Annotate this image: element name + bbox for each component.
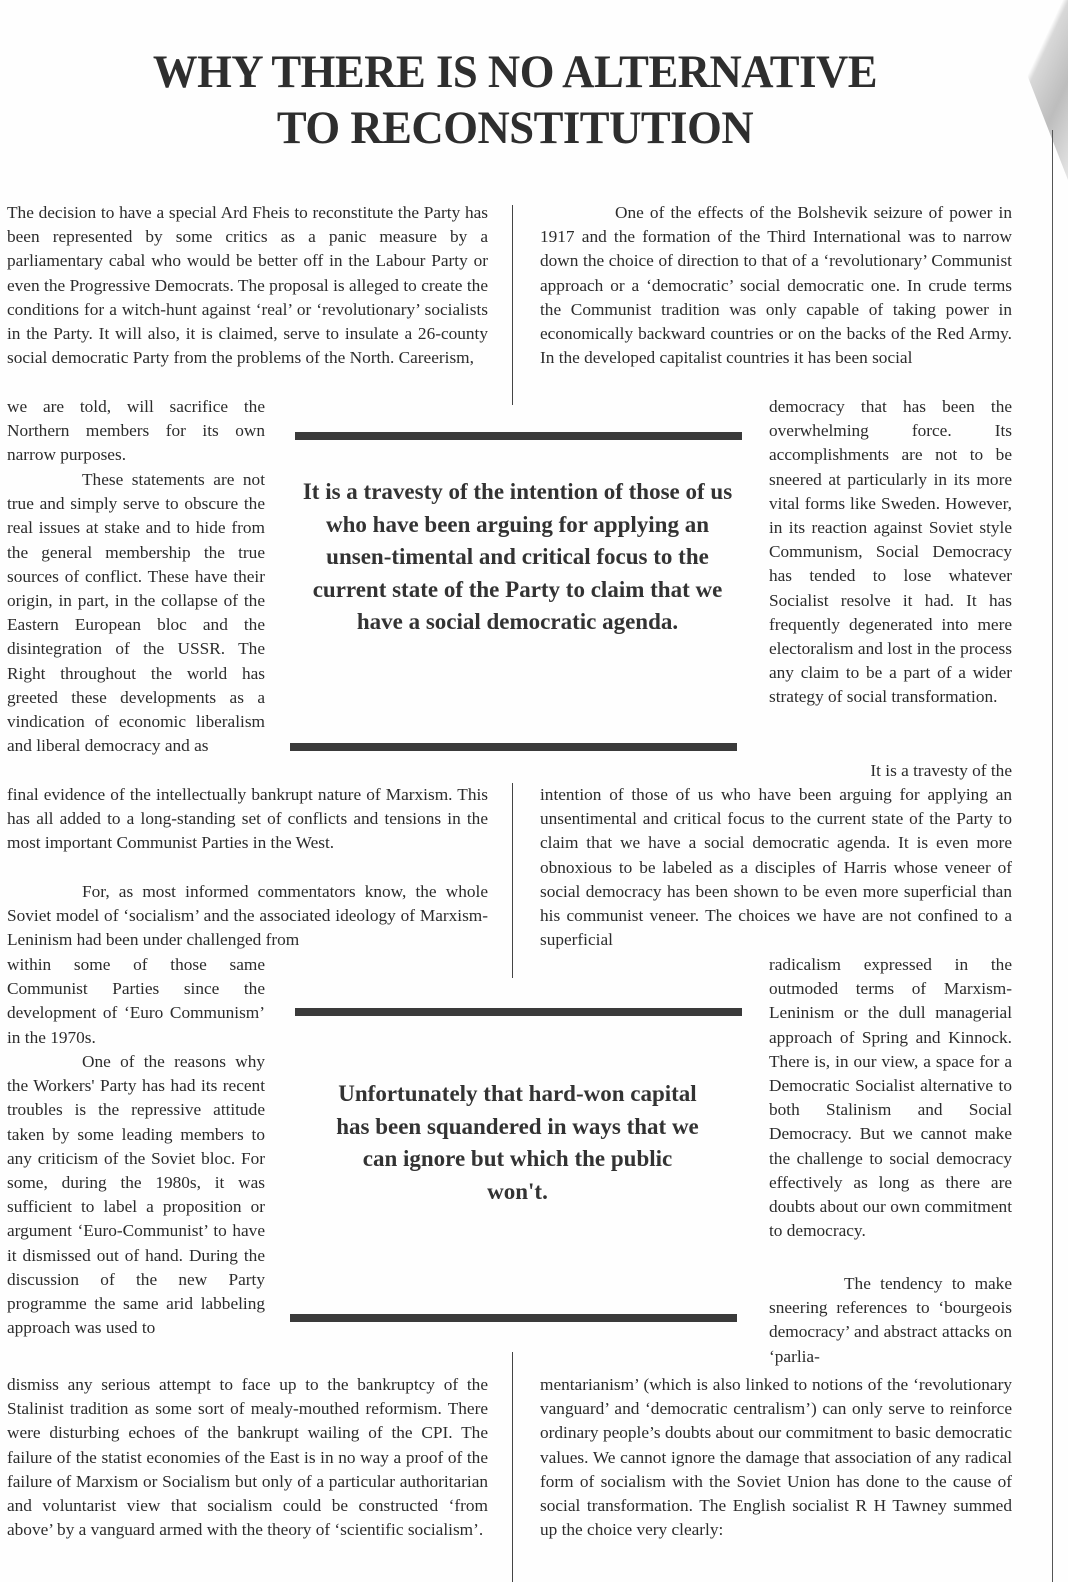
paragraph: The tendency to make sneering references… xyxy=(769,1272,1012,1369)
paragraph: within some of those same Communist Part… xyxy=(7,953,265,1050)
pull-quote-1: It is a travesty of the intention of tho… xyxy=(300,476,735,639)
column-divider xyxy=(512,1352,513,1582)
column-divider xyxy=(512,205,513,405)
right-p3-narrow: The tendency to make sneering references… xyxy=(769,1272,1012,1369)
article-title: WHY THERE IS NO ALTERNATIVE TO RECONSTIT… xyxy=(26,44,1005,156)
page-edge-line xyxy=(1052,130,1053,1582)
right-p2-narrow-start: It is a travesty of the xyxy=(769,759,1012,783)
paragraph: For, as most informed commentators know,… xyxy=(7,880,488,953)
left-p2-narrow: These statements are not true and simply… xyxy=(7,468,265,758)
title-line-2: TO RECONSTITUTION xyxy=(26,100,1005,156)
left-p1-full: The decision to have a special Ard Fheis… xyxy=(7,201,488,370)
pull-quote-rule-top xyxy=(295,432,742,440)
pull-quote-rule-top xyxy=(295,1008,742,1016)
left-p4-full: dismiss any serious attempt to face up t… xyxy=(7,1373,488,1542)
right-p2-narrow: radicalism expressed in the outmoded ter… xyxy=(769,953,1012,1243)
page-curl-shadow xyxy=(998,0,1068,180)
pull-quote-rule-bottom xyxy=(290,1314,737,1322)
paragraph: mentarianism’ (which is also linked to n… xyxy=(540,1373,1012,1542)
right-p1-narrow: democracy that has been the overwhelming… xyxy=(769,395,1012,710)
paragraph: It is a travesty of the xyxy=(769,759,1012,783)
column-divider xyxy=(512,783,513,978)
paragraph: dismiss any serious attempt to face up t… xyxy=(7,1373,488,1542)
paragraph: These statements are not true and simply… xyxy=(7,468,265,758)
paragraph: we are told, will sacrifice the Northern… xyxy=(7,395,265,468)
left-p4-narrow: One of the reasons why the Workers' Part… xyxy=(7,1050,265,1340)
paragraph: One of the reasons why the Workers' Part… xyxy=(7,1050,265,1340)
left-p2-full: final evidence of the intellectually ban… xyxy=(7,783,488,856)
pull-quote-text: It is a travesty of the intention of tho… xyxy=(303,479,732,634)
paragraph: One of the effects of the Bolshevik seiz… xyxy=(540,201,1012,370)
pull-quote-text: Unfortunately that hard-won capital has … xyxy=(336,1081,699,1204)
left-p3-narrow: within some of those same Communist Part… xyxy=(7,953,265,1050)
pull-quote-rule-bottom xyxy=(290,743,737,751)
pull-quote-2: Unfortunately that hard-won capital has … xyxy=(330,1078,705,1208)
right-p3-full: mentarianism’ (which is also linked to n… xyxy=(540,1373,1012,1542)
paragraph: democracy that has been the overwhelming… xyxy=(769,395,1012,710)
paragraph: intention of those of us who have been a… xyxy=(540,783,1012,952)
paragraph: final evidence of the intellectually ban… xyxy=(7,783,488,856)
left-p3-full: For, as most informed commentators know,… xyxy=(7,880,488,953)
paragraph: radicalism expressed in the outmoded ter… xyxy=(769,953,1012,1243)
right-p1-full: One of the effects of the Bolshevik seiz… xyxy=(540,201,1012,370)
right-p2-full: intention of those of us who have been a… xyxy=(540,783,1012,952)
paragraph: The decision to have a special Ard Fheis… xyxy=(7,201,488,370)
title-line-1: WHY THERE IS NO ALTERNATIVE xyxy=(26,44,1005,100)
left-p1-narrow: we are told, will sacrifice the Northern… xyxy=(7,395,265,468)
